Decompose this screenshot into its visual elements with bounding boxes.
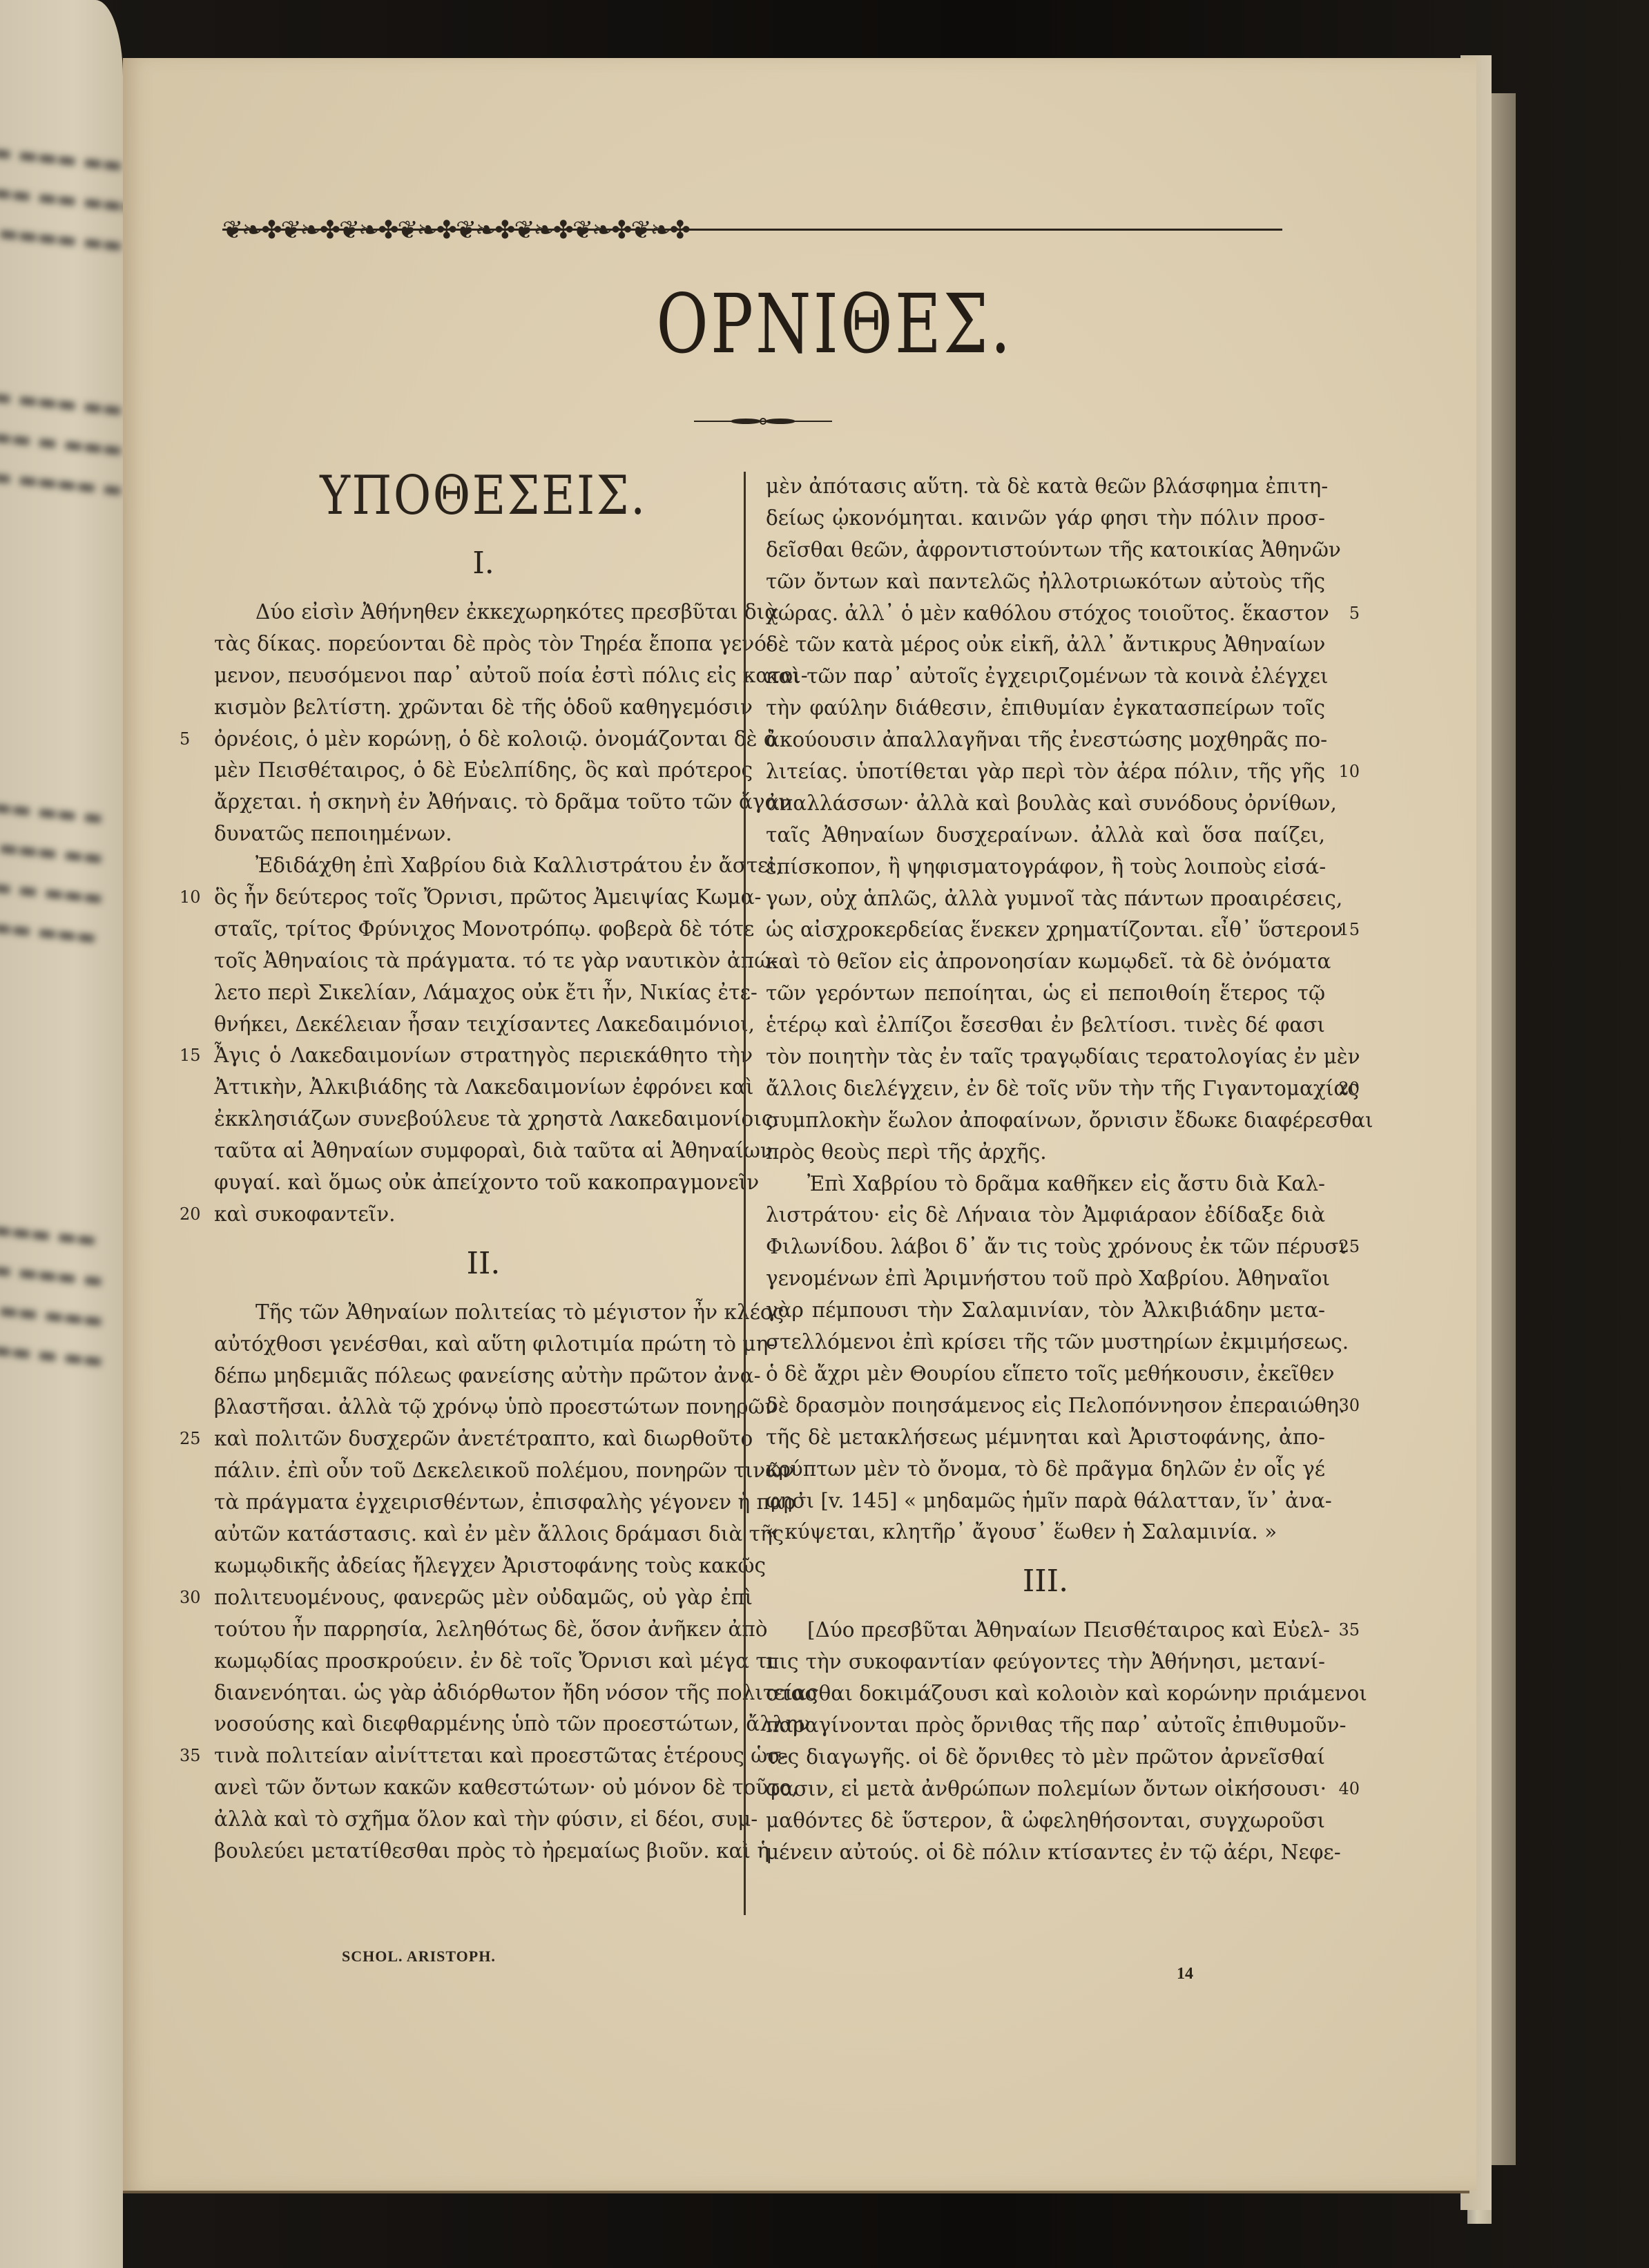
text-line: ταῖς Ἀθηναίων δυσχεραίνων. ἀλλὰ καὶ ὅσα … [766, 820, 1325, 852]
line-text: μενον, πευσόμενοι παρ᾽ αὐτοῦ ποία ἐστὶ π… [214, 664, 808, 687]
text-line: κωμῳδίας προσκρούειν. ἐν δὲ τοῖς Ὄρνισι … [214, 1646, 753, 1678]
text-line: τινὰ πολιτείαν αἰνίττεται καὶ προεστῶτας… [214, 1740, 753, 1772]
text-line: φυγαί. καὶ ὅμως οὐκ ἀπείχοντο τοῦ κακοπρ… [214, 1167, 753, 1199]
line-text: δεῖσθαι θεῶν, ἀφροντιστούντων τῆς κατοικ… [766, 538, 1341, 561]
line-text: κωμῳδίας προσκρούειν. ἐν δὲ τοῖς Ὄρνισι … [214, 1649, 775, 1673]
line-text: Ἐδιδάχθη ἐπὶ Χαβρίου διὰ Καλλιστράτου ἐν… [255, 854, 782, 877]
line-text: ἄλλοις διελέγχειν, ἐν δὲ τοῖς νῦν τὴν τῆ… [766, 1077, 1359, 1100]
line-text: τὸν ποιητὴν τὰς ἐν ταῖς τραγῳδίαις τερατ… [766, 1045, 1360, 1068]
text-line: γενομένων ἐπὶ Ἀριμνήστου τοῦ πρὸ Χαβρίου… [766, 1263, 1325, 1295]
footer-signature: SCHOL. ARISTOPH. [342, 1948, 496, 1966]
header-ornament-band: ❦❧✤❦❧✤❦❧✤❦❧✤❦❧✤❦❧✤❦❧✤❦❧✤ [222, 207, 1282, 253]
text-line: κωμῳδικῆς ἀδείας ἤλεγχεν Ἀριστοφάνης τοὺ… [214, 1550, 753, 1582]
text-line: βουλεύει μετατίθεσθαι πρὸς τὸ ἠρεμαίως β… [214, 1836, 753, 1867]
text-line: ἐπίσκοπον, ἢ ψηφισματογράφον, ἢ τοὺς λοι… [766, 852, 1325, 883]
line-text: φησι [v. 145] « μηδαμῶς ἡμῖν παρὰ θάλαττ… [766, 1489, 1332, 1512]
text-line: δὲ δρασμὸν ποιησάμενος εἰς Πελοπόννησον … [766, 1390, 1325, 1422]
text-line: γὰρ πέμπουσι τὴν Σαλαμινίαν, τὸν Ἀλκιβιά… [766, 1295, 1325, 1327]
text-line: ὃς ἦν δεύτερος τοῖς Ὄρνισι, πρῶτος Ἀμειψ… [214, 882, 753, 914]
line-text: συμπλοκὴν ἕωλον ἀποφαίνων, ὄρνισιν ἔδωκε… [766, 1108, 1373, 1132]
line-text: γὰρ πέμπουσι τὴν Σαλαμινίαν, τὸν Ἀλκιβιά… [766, 1298, 1325, 1322]
text-line: ὁ δὲ ἄχρι μὲν Θουρίου εἵπετο τοῖς μεθήκο… [766, 1358, 1325, 1390]
section-heading: ΥΠΟΘΕΣΕΙΣ. [255, 461, 713, 530]
text-line: Ἀττικὴν, Ἀλκιβιάδης τὰ Λακεδαιμονίων ἐφρ… [214, 1072, 753, 1104]
line-text: Φιλωνίδου. λάβοι δ᾽ ἄν τις τοὺς χρόνους … [766, 1235, 1347, 1258]
text-line: μαθόντες δὲ ὕστερον, ἃ ὠφεληθήσονται, συ… [766, 1805, 1325, 1837]
text-line: μὲν ἀπότασις αὕτη. τὰ δὲ κατὰ θεῶν βλάσφ… [766, 471, 1325, 503]
right-column: μὲν ἀπότασις αὕτη. τὰ δὲ κατὰ θεῶν βλάσφ… [744, 471, 1325, 1868]
text-line: Τῆς τῶν Ἀθηναίων πολιτείας τὸ μέγιστον ἦ… [214, 1297, 753, 1329]
line-text: ἀκούουσιν ἀπαλλαγῆναι τῆς ἐνεστώσης μοχθ… [766, 728, 1327, 751]
text-line: σταῖς, τρίτος Φρύνιχος Μονοτρόπῳ. φοβερὰ… [214, 914, 753, 945]
line-text: δὲ δρασμὸν ποιησάμενος εἰς Πελοπόννησον … [766, 1394, 1345, 1417]
line-text: τούτου ἦν παρρησία, λεληθότως δὲ, ὅσον ἀ… [214, 1617, 768, 1641]
line-text: λιτείας. ὑποτίθεται γὰρ περὶ τὸν ἀέρα πό… [766, 760, 1325, 783]
line-text: τὰς δίκας. πορεύονται δὲ πρὸς τὸν Τηρέα … [214, 632, 773, 655]
line-text: καὶ τὸ θεῖον εἰς ἀπρονοησίαν κωμῳδεῖ. τὰ… [766, 950, 1331, 973]
text-line: δεῖσθαι θεῶν, ἀφροντιστούντων τῆς κατοικ… [766, 535, 1325, 566]
line-number: 5 [180, 724, 190, 756]
line-text: φυγαί. καὶ ὅμως οὐκ ἀπείχοντο τοῦ κακοπρ… [214, 1171, 759, 1194]
text-line: τοῖς Ἀθηναίοις τὰ πράγματα. τό τε γὰρ να… [214, 945, 753, 977]
line-number: 40 [1338, 1774, 1360, 1805]
text-line: βλαστῆσαι. ἀλλὰ τῷ χρόνῳ ὑπὸ προεστώτων … [214, 1392, 753, 1423]
line-text: αὐτῶν κατάστασις. καὶ ἐν μὲν ἄλλοις δράμ… [214, 1522, 784, 1546]
line-text: κρύπτων μὲν τὸ ὄνομα, τὸ δὲ πρᾶγμα δηλῶν… [766, 1457, 1325, 1481]
text-line: πρὸς θεοὺς περὶ τῆς ἀρχῆς. [766, 1137, 1325, 1169]
line-number: 10 [1338, 756, 1360, 788]
line-text: κωμῳδικῆς ἀδείας ἤλεγχεν Ἀριστοφάνης τοὺ… [214, 1554, 766, 1577]
left-column: ΥΠΟΘΕΣΕΙΣ. I.Δύο εἰσὶν Ἀθήνηθεν ἐκκεχωρη… [214, 461, 753, 1867]
text-line: ανεὶ τῶν ὄντων κακῶν καθεστώτων· οὐ μόνο… [214, 1772, 753, 1804]
line-number: 35 [180, 1740, 201, 1772]
line-text: Ἆγις ὁ Λακεδαιμονίων στρατηγὸς περιεκάθη… [214, 1044, 753, 1067]
line-text: δὲ τῶν κατὰ μέρος οὐκ εἰκῆ, ἀλλ᾽ ἄντικρυ… [766, 633, 1325, 656]
text-line: λιστράτου· εἰς δὲ Λήναια τὸν Ἀμφιάραον ἐ… [766, 1200, 1325, 1231]
text-line: νοσούσης καὶ διεφθαρμένης ὑπὸ τῶν προεστ… [214, 1709, 753, 1740]
text-line: Ἐδιδάχθη ἐπὶ Χαβρίου διὰ Καλλιστράτου ἐν… [214, 850, 753, 882]
line-text: τὴν φαύλην διάθεσιν, ἐπιθυμίαν ἐγκατασπε… [766, 696, 1325, 720]
page-bottom-edge [123, 2191, 1469, 2193]
line-text: πρὸς θεοὺς περὶ τῆς ἀρχῆς. [766, 1140, 1047, 1164]
text-line: λετο περὶ Σικελίαν, Λάμαχος οὐκ ἔτι ἦν, … [214, 977, 753, 1009]
line-text: γενομένων ἐπὶ Ἀριμνήστου τοῦ πρὸ Χαβρίου… [766, 1267, 1330, 1290]
page-stack-edge [1492, 93, 1516, 2165]
line-text: βουλεύει μετατίθεσθαι πρὸς τὸ ἠρεμαίως β… [214, 1839, 769, 1863]
line-text: ἄρχεται. ἡ σκηνὴ ἐν Ἀθήναις. τὸ δρᾶμα το… [214, 790, 791, 814]
line-text: λετο περὶ Σικελίαν, Λάμαχος οὐκ ἔτι ἦν, … [214, 981, 758, 1004]
line-text: « κύψεται, κλητῆρ᾽ ἄγουσ᾽ ἕωθεν ἡ Σαλαμι… [766, 1520, 1277, 1544]
section-numeral: II. [214, 1231, 753, 1297]
line-text: [Δύο πρεσβῦται Ἀθηναίων Πεισθέταιρος καὶ… [807, 1618, 1330, 1642]
text-line: Δύο εἰσὶν Ἀθήνηθεν ἐκκεχωρηκότες πρεσβῦτ… [214, 597, 753, 628]
line-text: καὶ τῶν παρ᾽ αὐτοῖς ἐγχειριζομένων τὰ κο… [766, 664, 1329, 688]
text-line: τούτου ἦν παρρησία, λεληθότως δὲ, ὅσον ἀ… [214, 1614, 753, 1646]
text-line: πάλιν. ἐπὶ οὖν τοῦ Δεκελεικοῦ πολέμου, π… [214, 1455, 753, 1487]
line-text: ἐπίσκοπον, ἢ ψηφισματογράφον, ἢ τοὺς λοι… [766, 855, 1326, 878]
line-number: 20 [1338, 1073, 1360, 1105]
text-line: φασιν, εἰ μετὰ ἀνθρώπων πολεμίων ὄντων ο… [766, 1774, 1325, 1805]
line-text: καὶ συκοφαντεῖν. [214, 1202, 396, 1226]
dash-ornament-icon [694, 417, 832, 425]
text-line: ἀκούουσιν ἀπαλλαγῆναι τῆς ἐνεστώσης μοχθ… [766, 724, 1325, 756]
line-text: θνήκει, Δεκέλειαν ἦσαν τειχίσαντες Λακεδ… [214, 1012, 755, 1036]
line-text: μένειν αὐτούς. οἱ δὲ πόλιν κτίσαντες ἐν … [766, 1841, 1341, 1864]
text-line: τῶν γερόντων πεποίηται, ὡς εἰ πεποιθοίη … [766, 978, 1325, 1010]
ornament-icon: ❦❧✤❦❧✤❦❧✤❦❧✤❦❧✤❦❧✤❦❧✤❦❧✤ [222, 216, 689, 244]
text-line: χώρας. ἀλλ᾽ ὁ μὲν καθόλου στόχος τοιοῦτο… [766, 598, 1325, 630]
text-line: καὶ τῶν παρ᾽ αὐτοῖς ἐγχειριζομένων τὰ κο… [766, 661, 1325, 693]
line-text: Ἀττικὴν, Ἀλκιβιάδης τὰ Λακεδαιμονίων ἐφρ… [214, 1075, 753, 1099]
line-text: βλαστῆσαι. ἀλλὰ τῷ χρόνῳ ὑπὸ προεστώτων … [214, 1395, 777, 1419]
line-number: 15 [180, 1040, 201, 1072]
text-line: ὀρνέοις, ὁ μὲν κορώνῃ, ὁ δὲ κολοιῷ. ὀνομ… [214, 724, 753, 756]
text-line: δείως ᾠκονόμηται. καινῶν γάρ φησι τὴν πό… [766, 503, 1325, 535]
line-text: ἀπαλλάσσων· ἀλλὰ καὶ βουλὰς καὶ συνόδους… [766, 791, 1337, 815]
line-text: δυνατῶς πεποιημένων. [214, 822, 452, 845]
facing-page-left: ▬▬ ▬▬▬ ▬▬ ▬▬▬▬ ▬▬ ▬▬▬▬ ▬▬▬▬ ▬▬ ▬▬ ▬▬▬ ▬▬… [0, 0, 123, 2268]
text-line: μὲν Πεισθέταιρος, ὁ δὲ Εὐελπίδης, ὃς καὶ… [214, 755, 753, 787]
text-line: κισμὸν βελτίστη. χρῶνται δὲ τῆς ὁδοῦ καθ… [214, 692, 753, 724]
line-text: τῶν ὄντων καὶ παντελῶς ἠλλοτριωκότων αὐτ… [766, 570, 1325, 593]
line-text: τοῖς Ἀθηναίοις τὰ πράγματα. τό τε γὰρ να… [214, 949, 778, 972]
line-text: δέπω μηδεμιᾶς πόλεως φανείσης αὐτὴν πρῶτ… [214, 1364, 761, 1387]
text-line: λιτείας. ὑποτίθεται γὰρ περὶ τὸν ἀέρα πό… [766, 756, 1325, 788]
line-text: ἑτέρῳ καὶ ἐλπίζοι ἔσεσθαι ἐν βελτίοσι. τ… [766, 1013, 1325, 1037]
text-line: ὡς αἰσχροκερδείας ἕνεκεν χρηματίζονται. … [766, 914, 1325, 946]
line-text: διανενόηται. ὡς γὰρ ἀδιόρθωτον ἤδη νόσον… [214, 1681, 818, 1704]
text-line: καὶ τὸ θεῖον εἰς ἀπρονοησίαν κωμῳδεῖ. τὰ… [766, 946, 1325, 978]
line-text: στελλόμενοι ἐπὶ κρίσει τῆς τῶν μυστηρίων… [766, 1330, 1349, 1354]
line-text: πάλιν. ἐπὶ οὖν τοῦ Δεκελεικοῦ πολέμου, π… [214, 1459, 794, 1482]
blurred-facing-text: ▬▬ ▬▬▬ ▬▬ ▬▬▬▬ ▬▬ ▬▬▬▬ ▬▬▬▬ ▬▬ ▬▬ ▬▬▬ ▬▬… [0, 138, 123, 1376]
page-number: 14 [1177, 1965, 1193, 1983]
page-title: ΟΡΝΙΘΕΣ. [191, 276, 1478, 372]
text-line: δὲ τῶν κατὰ μέρος οὐκ εἰκῆ, ἀλλ᾽ ἄντικρυ… [766, 629, 1325, 661]
line-text: τινὰ πολιτείαν αἰνίττεται καὶ προεστῶτας… [214, 1744, 788, 1767]
text-line: « κύψεται, κλητῆρ᾽ ἄγουσ᾽ ἕωθεν ἡ Σαλαμι… [766, 1517, 1325, 1548]
text-line: τῆς δὲ μετακλήσεως μέμνηται καὶ Ἀριστοφά… [766, 1422, 1325, 1454]
line-text: τες διαγωγῆς. οἱ δὲ ὄρνιθες τὸ μὲν πρῶτο… [766, 1745, 1325, 1769]
line-text: στασθαι δοκιμάζουσι καὶ κολοιὸν καὶ κορώ… [766, 1682, 1367, 1705]
line-number: 15 [1338, 914, 1360, 946]
text-line: ἄλλοις διελέγχειν, ἐν δὲ τοῖς νῦν τὴν τῆ… [766, 1073, 1325, 1105]
text-line: τὰ πράγματα ἐγχειρισθέντων, ἐπισφαλὴς γέ… [214, 1487, 753, 1519]
line-number: 5 [1349, 598, 1360, 630]
line-number: 20 [180, 1199, 201, 1231]
text-line: διανενόηται. ὡς γὰρ ἀδιόρθωτον ἤδη νόσον… [214, 1678, 753, 1709]
text-line: στελλόμενοι ἐπὶ κρίσει τῆς τῶν μυστηρίων… [766, 1327, 1325, 1358]
line-number: 10 [180, 882, 201, 914]
line-text: μαθόντες δὲ ὕστερον, ἃ ὠφεληθήσονται, συ… [766, 1809, 1325, 1832]
text-line: θνήκει, Δεκέλειαν ἦσαν τειχίσαντες Λακεδ… [214, 1009, 753, 1041]
line-text: χώρας. ἀλλ᾽ ὁ μὲν καθόλου στόχος τοιοῦτο… [766, 602, 1329, 625]
text-line: τὸν ποιητὴν τὰς ἐν ταῖς τραγῳδίαις τερατ… [766, 1041, 1325, 1073]
text-line: συμπλοκὴν ἕωλον ἀποφαίνων, ὄρνισιν ἔδωκε… [766, 1105, 1325, 1137]
text-line: αὐτῶν κατάστασις. καὶ ἐν μὲν ἄλλοις δράμ… [214, 1519, 753, 1550]
line-text: φασιν, εἰ μετὰ ἀνθρώπων πολεμίων ὄντων ο… [766, 1777, 1327, 1800]
text-line: ἀλλὰ καὶ τὸ σχῆμα ὅλον καὶ τὴν φύσιν, εἰ… [214, 1804, 753, 1836]
line-text: ἀλλὰ καὶ τὸ σχῆμα ὅλον καὶ τὴν φύσιν, εἰ… [214, 1807, 758, 1831]
text-line: κρύπτων μὲν τὸ ὄνομα, τὸ δὲ πρᾶγμα δηλῶν… [766, 1454, 1325, 1486]
line-text: τὰ πράγματα ἐγχειρισθέντων, ἐπισφαλὴς γέ… [214, 1490, 806, 1514]
text-line: τὴν φαύλην διάθεσιν, ἐπιθυμίαν ἐγκατασπε… [766, 693, 1325, 724]
line-number: 30 [180, 1582, 201, 1614]
line-number: 25 [180, 1423, 201, 1455]
text-line: δυνατῶς πεποιημένων. [214, 818, 753, 850]
text-line: καὶ συκοφαντεῖν.20 [214, 1199, 753, 1231]
text-line: ταῦτα αἱ Ἀθηναίων συμφοραὶ, διὰ ταῦτα αἱ… [214, 1135, 753, 1167]
line-number: 25 [1338, 1231, 1360, 1263]
line-text: δείως ᾠκονόμηται. καινῶν γάρ φησι τὴν πό… [766, 506, 1325, 530]
line-text: λιστράτου· εἰς δὲ Λήναια τὸν Ἀμφιάραον ἐ… [766, 1203, 1325, 1227]
line-text: ανεὶ τῶν ὄντων κακῶν καθεστώτων· οὐ μόνο… [214, 1776, 798, 1799]
line-text: πις τὴν συκοφαντίαν φεύγοντες τὴν Ἀθήνησ… [766, 1650, 1325, 1673]
line-number: 35 [1338, 1615, 1360, 1646]
text-line: τες διαγωγῆς. οἱ δὲ ὄρνιθες τὸ μὲν πρῶτο… [766, 1742, 1325, 1774]
text-line: καὶ πολιτῶν δυσχερῶν ἀνετέτραπτο, καὶ δι… [214, 1423, 753, 1455]
text-line: αὐτόχθοσι γενέσθαι, καὶ αὕτη φιλοτιμία π… [214, 1329, 753, 1361]
line-text: μὲν ἀπότασις αὕτη. τὰ δὲ κατὰ θεῶν βλάσφ… [766, 474, 1328, 498]
text-line: πις τὴν συκοφαντίαν φεύγοντες τὴν Ἀθήνησ… [766, 1646, 1325, 1678]
line-text: παραγίνονται πρὸς ὄρνιθας τῆς παρ᾽ αὐτοῖ… [766, 1713, 1346, 1737]
text-line: παραγίνονται πρὸς ὄρνιθας τῆς παρ᾽ αὐτοῖ… [766, 1710, 1325, 1742]
text-line: [Δύο πρεσβῦται Ἀθηναίων Πεισθέταιρος καὶ… [766, 1615, 1325, 1646]
text-line: τῶν ὄντων καὶ παντελῶς ἠλλοτριωκότων αὐτ… [766, 566, 1325, 598]
text-line: τὰς δίκας. πορεύονται δὲ πρὸς τὸν Τηρέα … [214, 628, 753, 660]
line-text: ὡς αἰσχροκερδείας ἕνεκεν χρηματίζονται. … [766, 918, 1343, 941]
line-text: πολιτευομένους, φανερῶς μὲν οὐδαμῶς, οὐ … [214, 1586, 753, 1609]
text-line: στασθαι δοκιμάζουσι καὶ κολοιὸν καὶ κορώ… [766, 1678, 1325, 1710]
line-text: μὲν Πεισθέταιρος, ὁ δὲ Εὐελπίδης, ὃς καὶ… [214, 758, 753, 782]
text-line: ἐκκλησιάζων συνεβούλευε τὰ χρηστὰ Λακεδα… [214, 1104, 753, 1135]
line-text: ταῦτα αἱ Ἀθηναίων συμφοραὶ, διὰ ταῦτα αἱ… [214, 1139, 773, 1162]
line-text: σταῖς, τρίτος Φρύνιχος Μονοτρόπῳ. φοβερὰ… [214, 917, 754, 941]
text-line: ἑτέρῳ καὶ ἐλπίζοι ἔσεσθαι ἐν βελτίοσι. τ… [766, 1010, 1325, 1041]
line-text: Τῆς τῶν Ἀθηναίων πολιτείας τὸ μέγιστον ἦ… [255, 1300, 784, 1324]
text-line: δέπω μηδεμιᾶς πόλεως φανείσης αὐτὴν πρῶτ… [214, 1361, 753, 1392]
text-line: φησι [v. 145] « μηδαμῶς ἡμῖν παρὰ θάλαττ… [766, 1486, 1325, 1517]
text-line: ἀπαλλάσσων· ἀλλὰ καὶ βουλὰς καὶ συνόδους… [766, 788, 1325, 820]
text-line: Φιλωνίδου. λάβοι δ᾽ ἄν τις τοὺς χρόνους … [766, 1231, 1325, 1263]
line-number: 30 [1338, 1390, 1360, 1422]
line-text: αὐτόχθοσι γενέσθαι, καὶ αὕτη φιλοτιμία π… [214, 1332, 775, 1356]
section-numeral: III. [766, 1548, 1325, 1615]
line-text: Δύο εἰσὶν Ἀθήνηθεν ἐκκεχωρηκότες πρεσβῦτ… [255, 600, 778, 624]
line-text: νοσούσης καὶ διεφθαρμένης ὑπὸ τῶν προεστ… [214, 1712, 810, 1736]
line-text: ὁ δὲ ἄχρι μὲν Θουρίου εἵπετο τοῖς μεθήκο… [766, 1362, 1334, 1385]
line-text: ἐκκλησιάζων συνεβούλευε τὰ χρηστὰ Λακεδα… [214, 1107, 780, 1131]
line-text: τῶν γερόντων πεποίηται, ὡς εἰ πεποιθοίη … [766, 981, 1325, 1005]
line-text: ταῖς Ἀθηναίων δυσχεραίνων. ἀλλὰ καὶ ὅσα … [766, 823, 1325, 847]
text-line: μενον, πευσόμενοι παρ᾽ αὐτοῦ ποία ἐστὶ π… [214, 660, 753, 692]
line-text: γων, οὐχ ἁπλῶς, ἀλλὰ γυμνοῖ τὰς πάντων π… [766, 887, 1342, 910]
section-numeral: I. [214, 530, 753, 597]
line-text: καὶ πολιτῶν δυσχερῶν ἀνετέτραπτο, καὶ δι… [214, 1427, 753, 1450]
line-text: τῆς δὲ μετακλήσεως μέμνηται καὶ Ἀριστοφά… [766, 1425, 1325, 1449]
text-line: μένειν αὐτούς. οἱ δὲ πόλιν κτίσαντες ἐν … [766, 1837, 1325, 1869]
text-line: Ἐπὶ Χαβρίου τὸ δρᾶμα καθῆκεν εἰς ἄστυ δι… [766, 1169, 1325, 1200]
line-text: Ἐπὶ Χαβρίου τὸ δρᾶμα καθῆκεν εἰς ἄστυ δι… [807, 1172, 1325, 1195]
text-line: Ἆγις ὁ Λακεδαιμονίων στρατηγὸς περιεκάθη… [214, 1040, 753, 1072]
text-line: ἄρχεται. ἡ σκηνὴ ἐν Ἀθήναις. τὸ δρᾶμα το… [214, 787, 753, 818]
text-line: γων, οὐχ ἁπλῶς, ἀλλὰ γυμνοῖ τὰς πάντων π… [766, 883, 1325, 915]
line-text: κισμὸν βελτίστη. χρῶνται δὲ τῆς ὁδοῦ καθ… [214, 695, 753, 719]
line-text: ὃς ἦν δεύτερος τοῖς Ὄρνισι, πρῶτος Ἀμειψ… [214, 885, 761, 909]
line-text: ὀρνέοις, ὁ μὲν κορώνῃ, ὁ δὲ κολοιῷ. ὀνομ… [214, 727, 776, 751]
text-line: πολιτευομένους, φανερῶς μὲν οὐδαμῶς, οὐ … [214, 1582, 753, 1614]
